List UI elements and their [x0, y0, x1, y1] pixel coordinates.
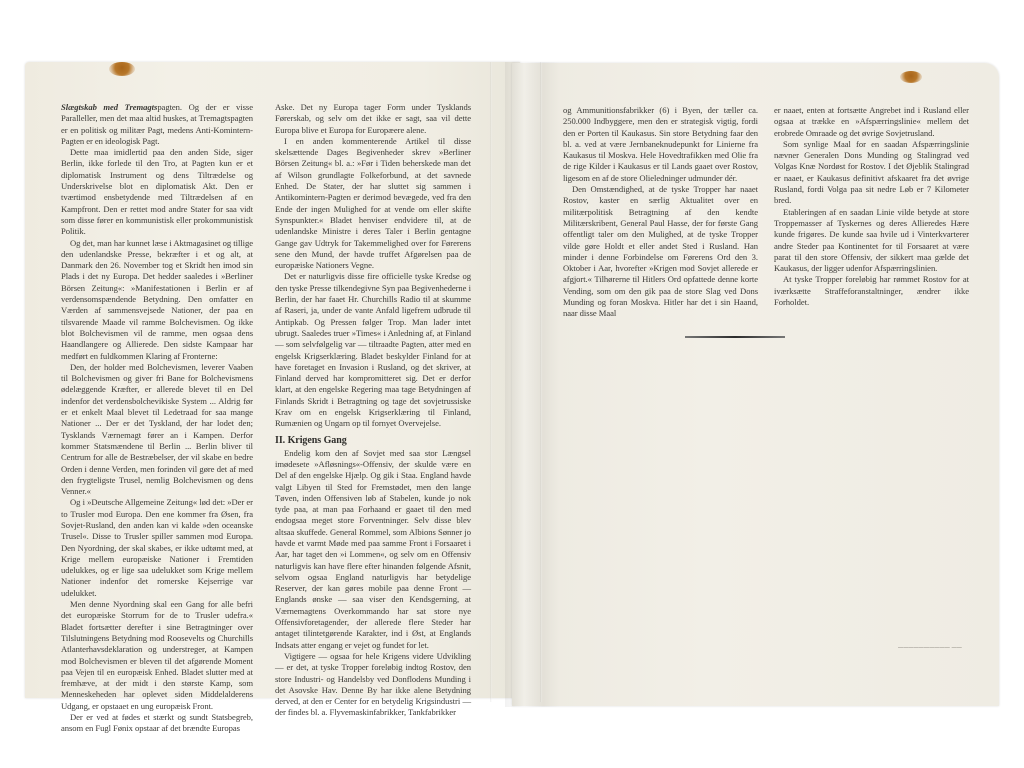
paragraph: Der er ved at fødes et stærkt og sundt S… [61, 712, 253, 735]
paper-crease [540, 62, 542, 702]
paragraph: Vigtigere — ogsaa for hele Krigens vider… [275, 651, 471, 719]
text-column-2: Aske. Det ny Europa tager Form under Tys… [275, 102, 471, 719]
paragraph: At tyske Tropper foreløbig har rømmet Ro… [774, 274, 969, 308]
text-column-3: og Ammunitionsfabrikker (6) i Byen, der … [563, 105, 758, 320]
paragraph: Den Omstændighed, at de tyske Tropper ha… [563, 184, 758, 320]
text-column-4: er naaet, enten at fortsætte Angrebet in… [774, 105, 969, 308]
paragraph: Dette maa imidlertid paa den anden Side,… [61, 147, 253, 237]
paragraph: er naaet, enten at fortsætte Angrebet in… [774, 105, 969, 139]
lead-in-bold: Slægtskab med Tremagts [61, 102, 157, 112]
page-folio: —————————— —— [898, 645, 962, 651]
paragraph: Som synlige Maal for en saadan Afspærrin… [774, 139, 969, 207]
text-column-1: Slægtskab med Tremagtspagten. Og der er … [61, 102, 253, 735]
rust-stain-left [109, 62, 135, 76]
paragraph: Aske. Det ny Europa tager Form under Tys… [275, 102, 471, 136]
paragraph: Endelig kom den af Sovjet med saa stor L… [275, 448, 471, 651]
section-heading: II. Krigens Gang [275, 434, 471, 448]
paragraph: Men denne Nyordning skal een Gang for al… [61, 599, 253, 712]
rust-stain-right [900, 71, 922, 83]
paragraph: Etableringen af en saadan Linie vilde be… [774, 207, 969, 275]
paragraph: Slægtskab med Tremagtspagten. Og der er … [61, 102, 253, 147]
paper-crease [490, 62, 492, 702]
document-photo: Slægtskab med Tremagtspagten. Og der er … [0, 0, 1024, 768]
section-end-rule [685, 336, 785, 338]
center-fold [505, 62, 560, 707]
paragraph: Og i »Deutsche Allgemeine Zeitung« lød d… [61, 497, 253, 599]
paragraph: og Ammunitionsfabrikker (6) i Byen, der … [563, 105, 758, 184]
paragraph: Det er naturligvis disse fire officielle… [275, 271, 471, 429]
paragraph: Den, der holder med Bolchevismen, levere… [61, 362, 253, 498]
paragraph: I en anden kommenterende Artikel til dis… [275, 136, 471, 272]
paragraph: Og det, man har kunnet læse i Aktmagasin… [61, 238, 253, 362]
